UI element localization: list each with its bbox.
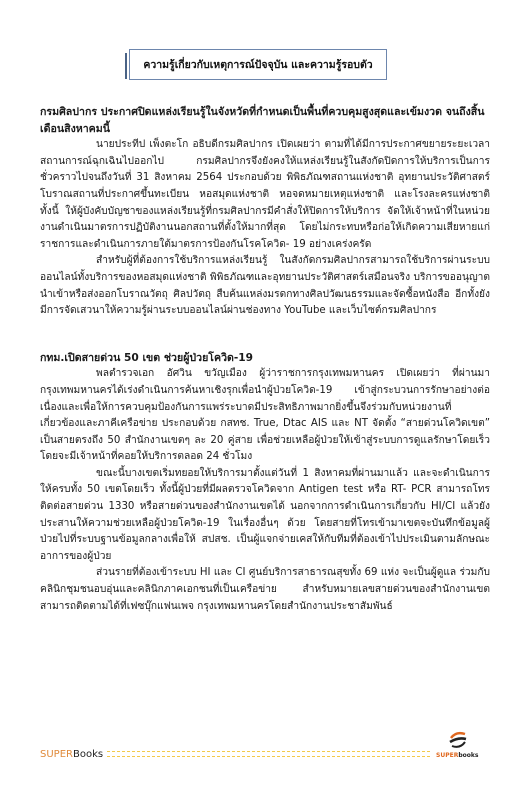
title-accent-bar <box>125 53 127 79</box>
logo-wordmark: SUPERbooks <box>436 752 478 759</box>
article-paragraph: ขณะนี้บางเขตเริ่มทยอยให้บริการมาตั้งแต่ว… <box>40 466 490 566</box>
article-paragraph: สำหรับผู้ที่ต้องการใช้บริการแหล่งเรียนรู… <box>40 253 490 319</box>
brand-books: Books <box>73 749 103 760</box>
page-title: ความรู้เกี่ยวกับเหตุการณ์ปัจจุบัน และควา… <box>129 49 387 80</box>
article-fine-arts-closure: กรมศิลปากร ประกาศปิดแหล่งเรียนรู้ในจังหว… <box>40 104 490 320</box>
article-headline: กทม.เปิดสายด่วน 50 เขต ช่วยผู้ป่วยโควิด-… <box>40 350 490 367</box>
page-footer: SUPERBooks SUPERbooks <box>40 746 480 762</box>
document-body: กรมศิลปากร ประกาศปิดแหล่งเรียนรู้ในจังหว… <box>40 104 490 615</box>
logo-super: SUPER <box>436 752 458 759</box>
logo-books: books <box>458 752 478 759</box>
footer-dashed-rule <box>107 751 430 757</box>
section-divider <box>40 320 490 350</box>
article-paragraph: พลตำรวจเอก อัศวิน ขวัญเมือง ผู้ว่าราชการ… <box>40 366 490 466</box>
brand-super: SUPER <box>40 749 73 760</box>
article-paragraph: ส่วนรายที่ต้องเข้าระบบ HI และ CI ศูนย์บร… <box>40 565 490 615</box>
article-headline: กรมศิลปากร ประกาศปิดแหล่งเรียนรู้ในจังหว… <box>40 104 490 137</box>
superbooks-swirl-logo-icon <box>448 730 468 750</box>
article-bma-hotline: กทม.เปิดสายด่วน 50 เขต ช่วยผู้ป่วยโควิด-… <box>40 350 490 616</box>
article-paragraph: นายประทีป เพ็งตะโก อธิบดีกรมศิลปากร เปิด… <box>40 137 490 253</box>
superbooks-logo: SUPERbooks <box>436 730 480 764</box>
footer-brand: SUPERBooks <box>40 749 103 760</box>
page-title-box: ความรู้เกี่ยวกับเหตุการณ์ปัจจุบัน และควา… <box>125 49 389 83</box>
